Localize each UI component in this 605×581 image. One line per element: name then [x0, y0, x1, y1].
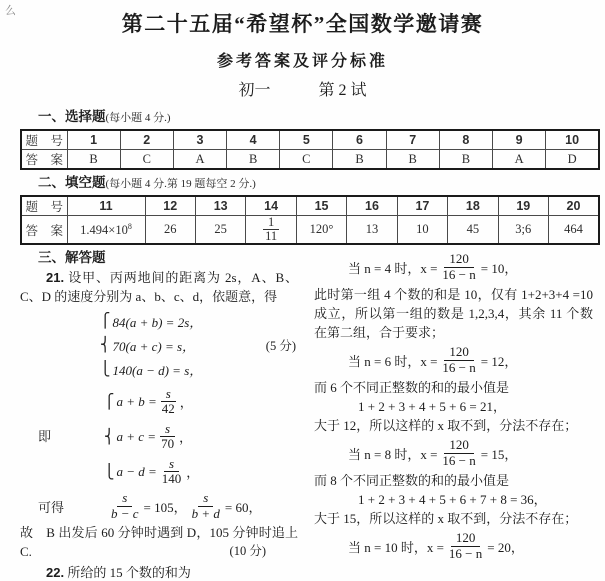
fraction-denominator: 11 — [263, 230, 279, 243]
scan-corner-artifact: 么 — [5, 2, 16, 18]
question-number-cell: 10 — [546, 130, 599, 150]
fraction-numerator: s — [164, 457, 179, 473]
fill-heading-note: (每小题 4 分.第 19 题每空 2 分.) — [106, 178, 256, 190]
brace-middle-icon: ⎨ — [104, 429, 115, 445]
section-fill-heading: 二、填空题(每小题 4 分.第 19 题每空 2 分.) — [38, 175, 605, 192]
question-number-cell: 12 — [145, 196, 195, 216]
fill-heading-text: 二、填空题 — [38, 175, 106, 190]
answer-cell: D — [546, 150, 599, 170]
case-n8-sum-equation: 1 + 2 + 3 + 4 + 5 + 6 + 7 + 8 = 36， — [314, 490, 593, 509]
question-number-cell: 8 — [439, 130, 492, 150]
question-22-number: 22. — [46, 565, 64, 580]
score-annotation: (5 分) — [266, 336, 296, 354]
question-number-cell: 3 — [173, 130, 226, 150]
score-annotation: (10 分) — [230, 542, 266, 561]
question-number-cell: 16 — [347, 196, 397, 216]
case-n6-min-sum-text: 而 6 个不同正整数的和的最小值是 — [314, 378, 593, 397]
connector-ji: 即 — [20, 426, 82, 445]
fraction-denominator: b + d — [190, 507, 222, 522]
equation-text: 70(a + c) = s， — [113, 336, 196, 355]
fraction-numerator: 120 — [451, 531, 481, 547]
equation-lhs: a − d = — [117, 464, 157, 480]
question-number-cell: 15 — [296, 196, 346, 216]
question-number-cell: 20 — [549, 196, 600, 216]
fraction-denominator: 16 − n — [440, 361, 477, 376]
choice-heading-note: (每小题 4 分.) — [106, 112, 171, 124]
question-21-conclusion: 故 B 出发后 60 分钟时遇到 D，105 分钟时追上 C.(10 分) — [20, 523, 298, 561]
section-choice-heading: 一、选择题(每小题 4 分.) — [38, 109, 605, 126]
fraction: 12016 − n — [440, 438, 477, 468]
equation-text: 140(a − d) = s， — [113, 360, 203, 379]
case-n6-line: 当 n = 6 时，x = 12016 − n = 12， — [314, 342, 593, 378]
case-prefix: 当 n = 10 时，x = — [348, 537, 444, 556]
fraction-numerator: 1 — [263, 216, 279, 230]
question-21-intro: 21. 设甲、丙两地间的距离为 2s，A、B、C、D 的速度分别为 a、b、c、… — [20, 268, 298, 306]
fraction-numerator: s — [161, 387, 176, 403]
equation-text: = 105， — [144, 497, 187, 516]
answer-cell: C — [120, 150, 173, 170]
answer-label: 答 案 — [21, 216, 67, 245]
choice-heading-text: 一、选择题 — [38, 109, 106, 124]
fraction: s140 — [160, 457, 184, 487]
question-number-cell: 18 — [448, 196, 498, 216]
result-row: 可得 sb − c = 105，sb + d = 60， — [20, 489, 298, 523]
question-number-cell: 4 — [227, 130, 280, 150]
question-number-cell: 14 — [246, 196, 296, 216]
fraction-denominator: 42 — [160, 402, 177, 417]
page-subtitle: 参考答案及评分标准 — [0, 52, 605, 72]
answer-key-page: 么 第二十五届“希望杯”全国数学邀请赛 参考答案及评分标准 初一第 2 试 一、… — [0, 0, 605, 581]
answer-cell: 45 — [448, 216, 498, 245]
fraction-denominator: 16 − n — [440, 454, 477, 469]
fraction-denominator: 16 − n — [440, 268, 477, 283]
scientific-notation-base: 1.494×10 — [80, 223, 128, 237]
case-n6-conclusion: 大于 12，所以这样的 x 取不到，分法不存在； — [314, 416, 593, 435]
fill-answer-table: 题 号 11 12 13 14 15 16 17 18 19 20 答 案 1.… — [20, 195, 600, 245]
question-number-cell: 11 — [67, 196, 145, 216]
case-n8-line: 当 n = 8 时，x = 12016 − n = 15， — [314, 435, 593, 471]
page-title: 第二十五届“希望杯”全国数学邀请赛 — [0, 12, 605, 36]
equation-line: ⎩140(a − d) = s， — [100, 357, 298, 381]
fraction-numerator: s — [198, 491, 213, 507]
exponent: 8 — [128, 222, 132, 231]
case-n8-min-sum-text: 而 8 个不同正整数的和的最小值是 — [314, 471, 593, 490]
question-number-cell: 7 — [386, 130, 439, 150]
fraction-denominator: b − c — [109, 507, 141, 522]
equation-system-2: ⎧a + b = s42， ⎨a + c = s70， ⎩a − d = s14… — [104, 384, 199, 489]
case-n4-discussion: 此时第一组 4 个数的和是 10，仅有 1+2+3+4 =10 成立，所以第一组… — [314, 285, 593, 342]
fraction-denominator: 16 − n — [447, 547, 484, 562]
case-n8-conclusion: 大于 15，所以这样的 x 取不到，分法不存在； — [314, 509, 593, 528]
fraction: 12016 − n — [447, 531, 484, 561]
solutions-right-column: 当 n = 4 时，x = 12016 − n = 10， 此时第一组 4 个数… — [314, 249, 593, 564]
answer-cell: 1.494×108 — [67, 216, 145, 245]
answer-cell: B — [67, 150, 120, 170]
answer-cell: 464 — [549, 216, 600, 245]
fraction-numerator: s — [160, 422, 175, 438]
case-n4-line: 当 n = 4 时，x = 12016 − n = 10， — [314, 249, 593, 285]
fraction-denominator: 140 — [160, 472, 184, 487]
fraction: s70 — [159, 422, 176, 452]
answer-cell: B — [386, 150, 439, 170]
answer-cell: 13 — [347, 216, 397, 245]
connector-kede: 可得 — [20, 497, 82, 516]
equation-lhs: a + c = — [117, 429, 157, 445]
question-number-label: 题 号 — [21, 196, 67, 216]
equation-line: ⎩a − d = s140， — [104, 454, 199, 489]
result-equation: sb − c = 105，sb + d = 60， — [106, 489, 262, 523]
fraction: s42 — [160, 387, 177, 417]
question-number-cell: 6 — [333, 130, 386, 150]
fraction-numerator: s — [117, 491, 132, 507]
answer-cell: A — [493, 150, 546, 170]
fraction: 12016 − n — [440, 345, 477, 375]
case-result: = 15， — [481, 444, 518, 463]
answer-cell: 25 — [195, 216, 245, 245]
brace-bottom-icon: ⎩ — [100, 361, 111, 377]
choice-number-row: 题 号 1 2 3 4 5 6 7 8 9 10 — [21, 130, 599, 150]
equation-tail: ， — [179, 427, 192, 446]
question-number-cell: 13 — [195, 196, 245, 216]
case-result: = 10， — [481, 258, 518, 277]
case-n10-line: 当 n = 10 时，x = 12016 − n = 20， — [314, 528, 593, 564]
case-prefix: 当 n = 8 时，x = — [348, 444, 437, 463]
answer-cell: C — [280, 150, 333, 170]
choice-answer-table: 题 号 1 2 3 4 5 6 7 8 9 10 答 案 B C A B C B… — [20, 129, 600, 170]
answer-cell: B — [333, 150, 386, 170]
question-22-intro: 22. 所给的 15 个数的和为 — [20, 563, 298, 581]
question-number-label: 题 号 — [21, 130, 67, 150]
fill-answer-row: 答 案 1.494×108 26 25 111 120° 13 10 45 3;… — [21, 216, 599, 245]
case-result: = 12， — [481, 351, 518, 370]
exam-line: 初一第 2 试 — [0, 81, 605, 101]
question-number-cell: 5 — [280, 130, 333, 150]
case-prefix: 当 n = 4 时，x = — [348, 258, 437, 277]
question-number-cell: 17 — [397, 196, 447, 216]
question-number-cell: 2 — [120, 130, 173, 150]
case-n6-sum-equation: 1 + 2 + 3 + 4 + 5 + 6 = 21， — [314, 397, 593, 416]
exam-label: 第 2 试 — [319, 82, 367, 99]
equation-system-1: ⎧84(a + b) = 2s， ⎨70(a + c) = s， (5 分) ⎩… — [100, 309, 298, 381]
question-21-number: 21. — [46, 270, 64, 285]
equation-tail: ， — [180, 392, 193, 411]
fraction-numerator: 120 — [444, 252, 474, 268]
brace-top-icon: ⎧ — [100, 313, 111, 329]
equation-text: = 60， — [225, 497, 262, 516]
equation-line: ⎧a + b = s42， — [104, 384, 199, 419]
brace-bottom-icon: ⎩ — [104, 464, 115, 480]
question-number-cell: 1 — [67, 130, 120, 150]
answer-cell: 120° — [296, 216, 346, 245]
case-prefix: 当 n = 6 时，x = — [348, 351, 437, 370]
fraction-denominator: 70 — [159, 437, 176, 452]
equation-text: 84(a + b) = 2s， — [113, 312, 203, 331]
equation-system-2-row: 即 ⎧a + b = s42， ⎨a + c = s70， ⎩a − d = s… — [20, 381, 298, 489]
equation-tail: ， — [186, 462, 199, 481]
grade-label: 初一 — [238, 82, 270, 99]
case-result: = 20， — [487, 537, 524, 556]
question-number-cell: 19 — [498, 196, 548, 216]
equation-lhs: a + b = — [117, 394, 157, 410]
question-22-text: 所给的 15 个数的和为 — [64, 565, 191, 580]
choice-answer-row: 答 案 B C A B C B B B A D — [21, 150, 599, 170]
answer-cell: 26 — [145, 216, 195, 245]
fraction: 111 — [263, 216, 279, 243]
fraction-numerator: 120 — [444, 438, 474, 454]
solutions-columns: 三、解答题 21. 设甲、丙两地间的距离为 2s，A、B、C、D 的速度分别为 … — [20, 249, 593, 581]
brace-middle-icon: ⎨ — [100, 337, 111, 353]
answer-cell: B — [439, 150, 492, 170]
equation-line: ⎨a + c = s70， — [104, 419, 199, 454]
answer-cell: B — [227, 150, 280, 170]
fill-number-row: 题 号 11 12 13 14 15 16 17 18 19 20 — [21, 196, 599, 216]
fraction-numerator: 120 — [444, 345, 474, 361]
answer-cell: A — [173, 150, 226, 170]
answer-cell: 111 — [246, 216, 296, 245]
fraction: sb − c — [109, 491, 141, 521]
fraction: 12016 − n — [440, 252, 477, 282]
equation-line: ⎧84(a + b) = 2s， — [100, 309, 298, 333]
answer-label: 答 案 — [21, 150, 67, 170]
fraction: sb + d — [190, 491, 222, 521]
answer-cell: 10 — [397, 216, 447, 245]
answer-cell: 3;6 — [498, 216, 548, 245]
equation-line: ⎨70(a + c) = s， (5 分) — [100, 333, 298, 357]
question-number-cell: 9 — [493, 130, 546, 150]
section-solve-heading: 三、解答题 — [38, 249, 298, 266]
solutions-left-column: 三、解答题 21. 设甲、丙两地间的距离为 2s，A、B、C、D 的速度分别为 … — [20, 249, 298, 581]
brace-top-icon: ⎧ — [104, 394, 115, 410]
